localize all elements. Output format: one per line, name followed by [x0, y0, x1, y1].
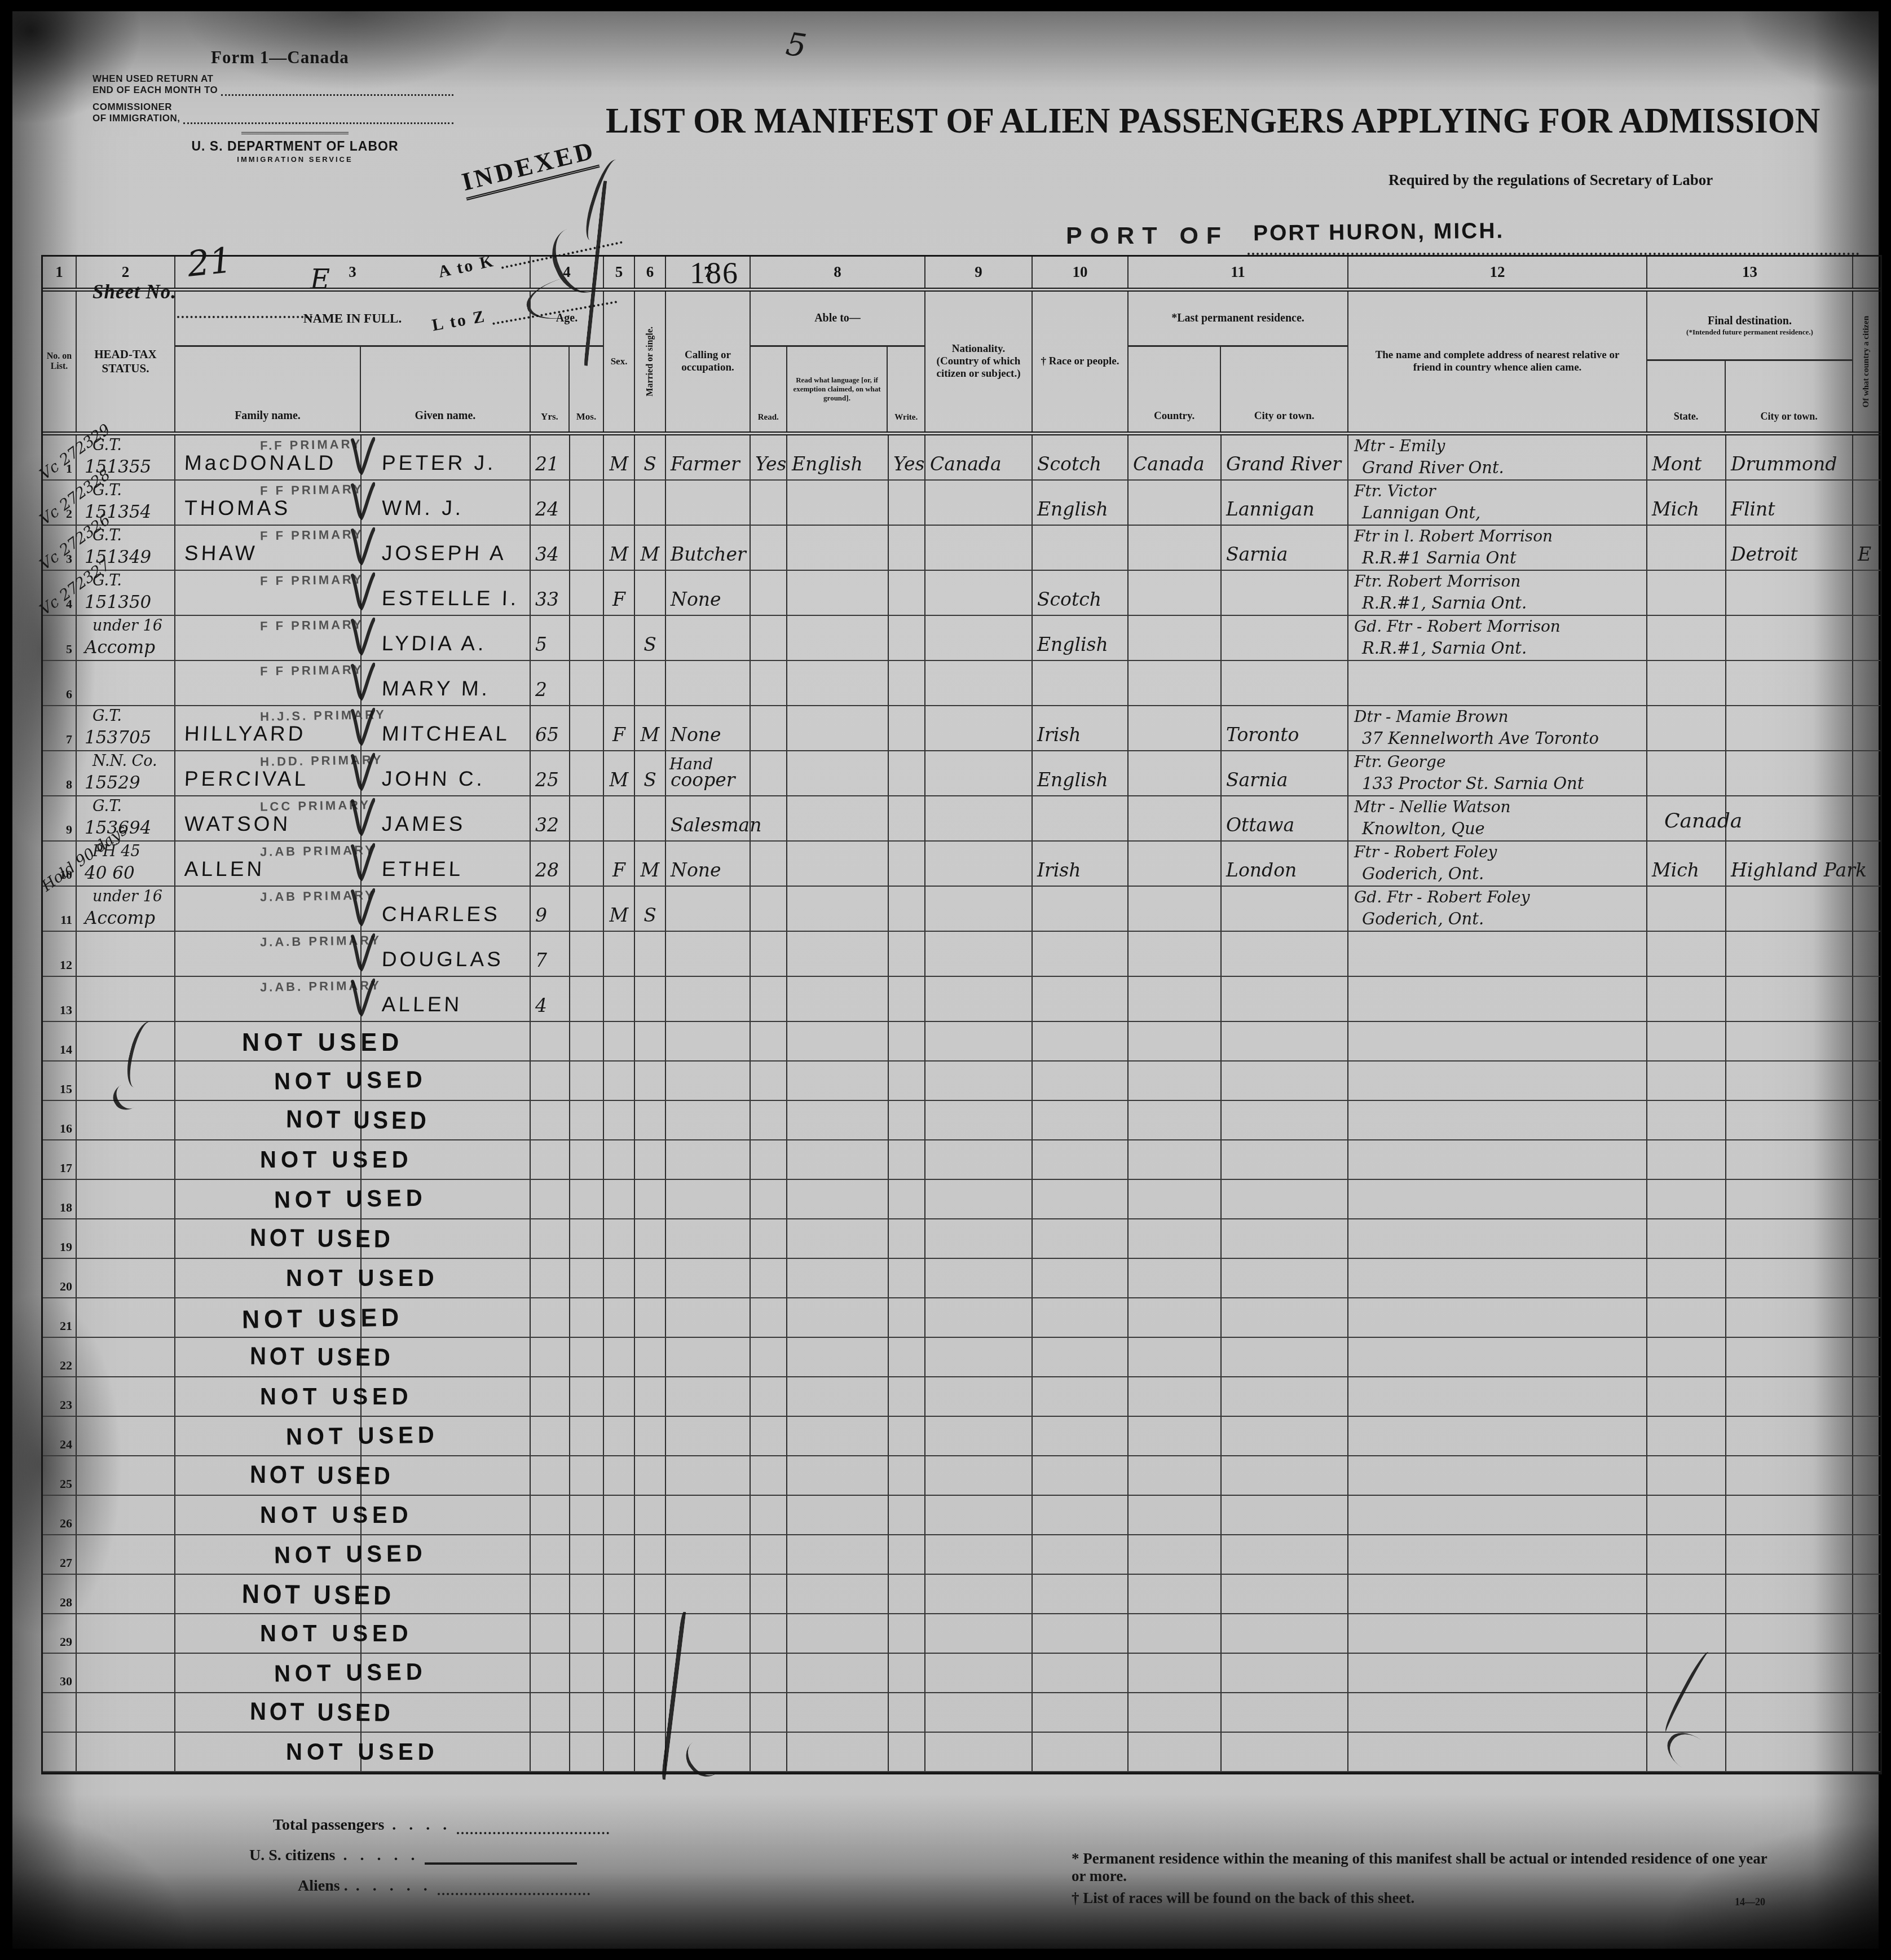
cell-rel	[1348, 1654, 1647, 1692]
cell-read	[751, 1733, 787, 1771]
cell-edge	[1853, 1219, 1879, 1258]
relative-name: Dtr - Mamie Brown	[1354, 707, 1509, 726]
cell-sex	[604, 1654, 635, 1692]
relative-address: Grand River Ont.	[1362, 458, 1504, 477]
cell-fam: NOT USED	[175, 1022, 362, 1060]
blank-line	[221, 85, 453, 96]
footnote-races: † List of races will be found on the bac…	[1072, 1889, 1782, 1907]
cell-giv: ALLEN	[362, 977, 531, 1021]
cell-fam: NOT USED	[175, 1101, 362, 1139]
family-name: WATSON	[184, 812, 291, 836]
cell-mos	[570, 1377, 604, 1416]
cell-mar	[635, 977, 666, 1021]
cell-dcity	[1726, 571, 1853, 615]
cell-ctry	[1129, 1377, 1222, 1416]
cell-ctry	[1129, 1417, 1222, 1455]
cell-tax	[77, 1575, 175, 1613]
cell-giv: DOUGLAS	[362, 932, 531, 976]
cell-mos	[570, 932, 604, 976]
relative-address: Goderich, Ont.	[1362, 864, 1484, 883]
cell-race	[1033, 1575, 1129, 1613]
cell-sex: F	[604, 571, 635, 615]
cell-race	[1033, 1693, 1129, 1732]
cell-st	[1647, 1417, 1726, 1455]
cell-call	[666, 1575, 751, 1613]
cell-dcity	[1726, 1298, 1853, 1337]
cell-call	[666, 1259, 751, 1297]
cell-no: Vc 2723263	[43, 526, 77, 570]
cell-race	[1033, 526, 1129, 570]
cell-edge	[1853, 1654, 1879, 1692]
table-row-not-used: 19NOT USED	[43, 1219, 1880, 1259]
cell-race	[1033, 1180, 1129, 1218]
cell-lang	[787, 932, 889, 976]
cell-race	[1033, 887, 1129, 931]
cell-no: 5	[43, 616, 77, 660]
cell-mos	[570, 1219, 604, 1258]
cell-rel: Ftr. Robert MorrisonR.R.#1, Sarnia Ont.	[1348, 571, 1647, 615]
cell-no: Vc 2723291	[43, 435, 77, 479]
cell-ctry: Canada	[1129, 435, 1222, 479]
cell-lang	[787, 1733, 889, 1771]
header-city-or-town: City or town.	[1221, 347, 1347, 431]
cell-wrt	[889, 1614, 925, 1653]
cell-st	[1647, 1575, 1726, 1613]
cell-ctry	[1129, 1456, 1222, 1495]
relative-address: Knowlton, Que	[1362, 819, 1485, 838]
cell-lang	[787, 1298, 889, 1337]
footnote-residence: * Permanent residence within the meaning…	[1072, 1850, 1782, 1885]
cell-yrs	[531, 1338, 570, 1376]
cell-rel: Gd. Ftr - Robert MorrisonR.R.#1, Sarnia …	[1348, 616, 1647, 660]
cell-mos	[570, 1180, 604, 1218]
cell-read	[751, 842, 787, 886]
cell-read	[751, 526, 787, 570]
cell-city	[1222, 1535, 1348, 1574]
col-num-edge	[1853, 257, 1879, 288]
row-number: 15	[60, 1082, 72, 1096]
cell-sex	[604, 1417, 635, 1455]
cell-yrs	[531, 1614, 570, 1653]
cell-lang	[787, 1654, 889, 1692]
table-row: 8N.N. Co.15529H.DD. PRIMARYPERCIVALJOHN …	[43, 751, 1880, 796]
age-years: 21	[535, 453, 559, 475]
cell-tax	[77, 1259, 175, 1297]
cell-call	[666, 887, 751, 931]
cell-wrt	[889, 751, 925, 795]
cell-call	[666, 1219, 751, 1258]
cell-yrs	[531, 1654, 570, 1692]
cell-dcity	[1726, 1219, 1853, 1258]
cell-edge	[1853, 796, 1879, 840]
relative-name: Mtr - Emily	[1354, 437, 1445, 455]
cell-call	[666, 1062, 751, 1100]
col-num-9: 9	[925, 257, 1033, 288]
cell-edge	[1853, 1614, 1879, 1653]
cell-no: 15	[43, 1062, 77, 1100]
row-number: 16	[60, 1121, 72, 1136]
cell-read	[751, 977, 787, 1021]
cell-yrs: 4	[531, 977, 570, 1021]
cell-mar	[635, 481, 666, 525]
cell-dcity	[1726, 1654, 1853, 1692]
cell-lang	[787, 526, 889, 570]
relative-name: Mtr - Nellie Watson	[1354, 798, 1511, 816]
cell-edge	[1853, 1259, 1879, 1297]
cell-dcity	[1726, 1022, 1853, 1060]
cell-rel	[1348, 1101, 1647, 1139]
cell-giv	[362, 1693, 531, 1732]
calling-value: None	[671, 724, 721, 746]
cell-read	[751, 1614, 787, 1653]
cell-race	[1033, 1654, 1129, 1692]
cell-yrs	[531, 1496, 570, 1534]
cell-dcity	[1726, 977, 1853, 1021]
cell-fam: NOT USED	[175, 1219, 362, 1258]
row-number: 27	[60, 1556, 72, 1570]
cell-lang	[787, 706, 889, 750]
sex-value: F	[604, 859, 634, 881]
calling-value-2: cooper	[671, 769, 735, 791]
cell-read	[751, 1654, 787, 1692]
cell-tax	[77, 1733, 175, 1771]
cell-call: None	[666, 571, 751, 615]
cell-giv: JAMES	[362, 796, 531, 840]
cell-read	[751, 1180, 787, 1218]
cell-fam: NOT USED	[175, 1456, 362, 1495]
cell-sex	[604, 1575, 635, 1613]
inspector-stamp: F F PRIMARY	[260, 572, 364, 588]
inspector-stamp: F F PRIMARY	[260, 482, 364, 498]
cell-yrs	[531, 1259, 570, 1297]
cell-no: 21	[43, 1298, 77, 1337]
head-tax-number: 40 60	[85, 863, 135, 883]
cell-tax: G.T.153705	[77, 706, 175, 750]
cell-mar	[635, 571, 666, 615]
cell-sex: M	[604, 751, 635, 795]
cell-sex: M	[604, 435, 635, 479]
cell-giv: JOHN C.	[362, 751, 531, 795]
race-value: English	[1037, 498, 1108, 520]
cell-mos	[570, 1614, 604, 1653]
marital-value: S	[635, 904, 665, 926]
cell-st	[1647, 661, 1726, 705]
cell-read	[751, 1259, 787, 1297]
col-num-1: 1	[43, 257, 77, 288]
cell-lang	[787, 1219, 889, 1258]
cell-yrs: 32	[531, 796, 570, 840]
cell-mar	[635, 1496, 666, 1534]
cell-ctry	[1129, 1062, 1222, 1100]
cell-wrt	[889, 796, 925, 840]
cell-st	[1647, 1101, 1726, 1139]
table-row: 12J.A.B PRIMARYDOUGLAS7	[43, 932, 1880, 977]
cell-city	[1222, 1180, 1348, 1218]
cell-city	[1222, 1693, 1348, 1732]
cell-race	[1033, 1496, 1129, 1534]
cell-read	[751, 796, 787, 840]
family-name: ALLEN	[184, 857, 265, 881]
checkmark-icon	[349, 527, 375, 571]
table-row: Vc 2723274G.T.151350F F PRIMARYESTELLE I…	[43, 571, 1880, 616]
age-years: 65	[535, 724, 559, 746]
cell-nat	[925, 1614, 1033, 1653]
calling-value: None	[671, 588, 721, 610]
city-value: Sarnia	[1226, 769, 1288, 791]
age-years: 24	[535, 498, 559, 520]
scanned-manifest-page: { "form": { "form_label": "Form 1—Canada…	[0, 0, 1891, 1960]
header-age: Age.	[531, 292, 603, 347]
cell-lang	[787, 1614, 889, 1653]
cell-wrt	[889, 1417, 925, 1455]
cell-edge	[1853, 1101, 1879, 1139]
cell-mar	[635, 1219, 666, 1258]
head-tax-code: G.T.	[92, 707, 122, 725]
cell-nat	[925, 1180, 1033, 1218]
col-num-7: 7	[666, 257, 751, 288]
cell-mos	[570, 435, 604, 479]
head-tax-code: N.N. Co.	[92, 752, 157, 770]
cell-read	[751, 1338, 787, 1376]
cell-yrs: 25	[531, 751, 570, 795]
blank-line	[425, 1862, 577, 1865]
cell-edge	[1853, 1140, 1879, 1179]
header-able-to: Able to—	[751, 292, 924, 347]
age-years: 33	[535, 588, 559, 610]
cell-edge	[1853, 661, 1879, 705]
calling-value: Butcher	[671, 543, 746, 565]
cell-dcity	[1726, 1575, 1853, 1613]
row-number: 28	[60, 1595, 72, 1610]
cell-race	[1033, 1022, 1129, 1060]
cell-wrt	[889, 932, 925, 976]
checkmark-icon	[349, 798, 375, 842]
cell-mar	[635, 1575, 666, 1613]
head-tax-code: under 16	[92, 617, 162, 635]
cell-fam: J.AB PRIMARY	[175, 887, 362, 931]
checkmark-icon	[349, 752, 375, 797]
table-row-not-used: 29NOT USED	[43, 1614, 1880, 1654]
cell-giv	[362, 1535, 531, 1574]
col-num-4: 4	[531, 257, 604, 288]
cell-giv	[362, 1377, 531, 1416]
cell-wrt	[889, 1062, 925, 1100]
cell-edge	[1853, 932, 1879, 976]
cell-wrt	[889, 616, 925, 660]
cell-city	[1222, 1377, 1348, 1416]
row-number: 21	[60, 1319, 72, 1333]
cell-city	[1222, 1219, 1348, 1258]
cell-nat	[925, 1693, 1033, 1732]
cell-no: 27	[43, 1535, 77, 1574]
cell-st	[1647, 1259, 1726, 1297]
table-row-not-used: 15NOT USED	[43, 1062, 1880, 1101]
cell-lang	[787, 1101, 889, 1139]
cell-no: 12	[43, 932, 77, 976]
table-row-not-used: 21NOT USED	[43, 1298, 1880, 1338]
race-value: Scotch	[1037, 588, 1101, 610]
cell-mos	[570, 1456, 604, 1495]
cell-mar	[635, 1022, 666, 1060]
cell-ctry	[1129, 661, 1222, 705]
header-edge-column: Of what country a citizen	[1853, 292, 1879, 431]
city-value: Toronto	[1226, 724, 1299, 746]
cell-st	[1647, 616, 1726, 660]
cell-mar	[635, 1140, 666, 1179]
cell-lang	[787, 1338, 889, 1376]
cell-mar: M	[635, 842, 666, 886]
header-write: Write.	[888, 347, 924, 431]
cell-tax	[77, 1298, 175, 1337]
cell-wrt	[889, 1496, 925, 1534]
cell-mar	[635, 1733, 666, 1771]
row-number: 23	[60, 1398, 72, 1412]
cell-fam: J.A.B PRIMARY	[175, 932, 362, 976]
cell-tax	[77, 1417, 175, 1455]
header-calling: Calling or occupation.	[666, 292, 751, 431]
cell-mar	[635, 1535, 666, 1574]
cell-tax: under 16Accomp	[77, 616, 175, 660]
cell-mos	[570, 887, 604, 931]
table-row: 6F F PRIMARYMARY M.2	[43, 661, 1880, 706]
cell-yrs	[531, 1298, 570, 1337]
cell-read	[751, 706, 787, 750]
cell-read	[751, 1101, 787, 1139]
cell-giv: ETHEL	[362, 842, 531, 886]
sex-value: F	[604, 724, 634, 746]
row-number: 20	[60, 1279, 72, 1294]
cell-giv: CHARLES	[362, 887, 531, 931]
cell-no: 22	[43, 1338, 77, 1376]
blank-line	[438, 1893, 590, 1895]
cell-giv	[362, 1140, 531, 1179]
cell-yrs	[531, 1219, 570, 1258]
cell-call	[666, 1496, 751, 1534]
cell-mar	[635, 1259, 666, 1297]
cell-nat	[925, 1259, 1033, 1297]
given-name: MARY M.	[381, 677, 490, 701]
cell-tax	[77, 1219, 175, 1258]
cell-st	[1647, 887, 1726, 931]
row-number: 22	[60, 1358, 72, 1373]
cell-lang	[787, 977, 889, 1021]
relative-address: R.R.#1, Sarnia Ont.	[1362, 638, 1527, 658]
calling-value: Salesman	[671, 814, 762, 836]
cell-yrs	[531, 1377, 570, 1416]
cell-ctry	[1129, 1496, 1222, 1534]
row-number: 29	[60, 1635, 72, 1649]
cell-rel	[1348, 1377, 1647, 1416]
sex-value: M	[604, 543, 634, 565]
cell-dcity	[1726, 1377, 1853, 1416]
cell-st: Mont	[1647, 435, 1726, 479]
cell-edge	[1853, 435, 1879, 479]
cell-st	[1647, 751, 1726, 795]
cell-rel	[1348, 1733, 1647, 1771]
cell-fam: LCC PRIMARYWATSON	[175, 796, 362, 840]
cell-mos	[570, 616, 604, 660]
head-tax-number: 151350	[85, 592, 151, 613]
cell-lang	[787, 1535, 889, 1574]
cell-city	[1222, 1338, 1348, 1376]
cell-city	[1222, 887, 1348, 931]
header-read: Read.	[751, 347, 787, 431]
cell-giv	[362, 1575, 531, 1613]
cell-mar: M	[635, 706, 666, 750]
cell-sex	[604, 616, 635, 660]
cell-race: Irish	[1033, 706, 1129, 750]
col-num-3: 3186	[175, 257, 531, 288]
cell-race	[1033, 1733, 1129, 1771]
cell-read	[751, 932, 787, 976]
header-read-language: Read what language [or, if exemption cla…	[787, 347, 888, 431]
cell-dcity	[1726, 706, 1853, 750]
cell-sex	[604, 1140, 635, 1179]
checkmark-icon	[349, 888, 375, 932]
family-name: THOMAS	[184, 496, 291, 520]
cell-read	[751, 661, 787, 705]
cell-st: Canada	[1647, 796, 1726, 840]
cell-st: Mich	[1647, 842, 1726, 886]
cell-race	[1033, 932, 1129, 976]
cell-lang	[787, 1062, 889, 1100]
page-title: LIST OR MANIFEST OF ALIEN PASSENGERS APP…	[606, 100, 1855, 142]
cell-city	[1222, 1298, 1348, 1337]
cell-call	[666, 1140, 751, 1179]
cell-mos	[570, 1022, 604, 1060]
cell-city: Sarnia	[1222, 751, 1348, 795]
row-number: 24	[60, 1437, 72, 1452]
cell-race	[1033, 1338, 1129, 1376]
cell-nat	[925, 616, 1033, 660]
cell-dcity	[1726, 616, 1853, 660]
relative-name: Ftr - Robert Foley	[1354, 843, 1497, 861]
family-name: SHAW	[184, 541, 258, 565]
cell-giv	[362, 1101, 531, 1139]
cell-lang	[787, 1022, 889, 1060]
cell-tax	[77, 1535, 175, 1574]
cell-giv: PETER J.	[362, 435, 531, 479]
cell-tax	[77, 1654, 175, 1692]
leader-dots: . . . . .	[343, 1847, 419, 1865]
cell-city	[1222, 1654, 1348, 1692]
cell-yrs	[531, 1535, 570, 1574]
cell-edge	[1853, 1417, 1879, 1455]
cell-nat	[925, 1140, 1033, 1179]
cell-giv: LYDIA A.	[362, 616, 531, 660]
cell-st	[1647, 932, 1726, 976]
cell-no: 29	[43, 1614, 77, 1653]
cell-ctry	[1129, 977, 1222, 1021]
cell-rel: Gd. Ftr - Robert FoleyGoderich, Ont.	[1348, 887, 1647, 931]
cell-fam: NOT USED	[175, 1614, 362, 1653]
destination-state: Mich	[1652, 498, 1699, 520]
page-subtitle: Required by the regulations of Secretary…	[1389, 171, 1713, 189]
cell-edge	[1853, 1338, 1879, 1376]
cell-race	[1033, 1219, 1129, 1258]
cell-race	[1033, 1101, 1129, 1139]
cell-edge	[1853, 977, 1879, 1021]
sex-value: M	[604, 904, 634, 926]
cell-race	[1033, 1140, 1129, 1179]
cell-call	[666, 932, 751, 976]
header-name-group: NAME IN FULL. Family name. Given name.	[175, 292, 531, 431]
relative-name: Ftr. Victor	[1354, 482, 1436, 500]
marital-value: S	[635, 769, 665, 791]
cell-st	[1647, 706, 1726, 750]
given-name: JOHN C.	[381, 767, 485, 791]
cell-mar	[635, 1456, 666, 1495]
